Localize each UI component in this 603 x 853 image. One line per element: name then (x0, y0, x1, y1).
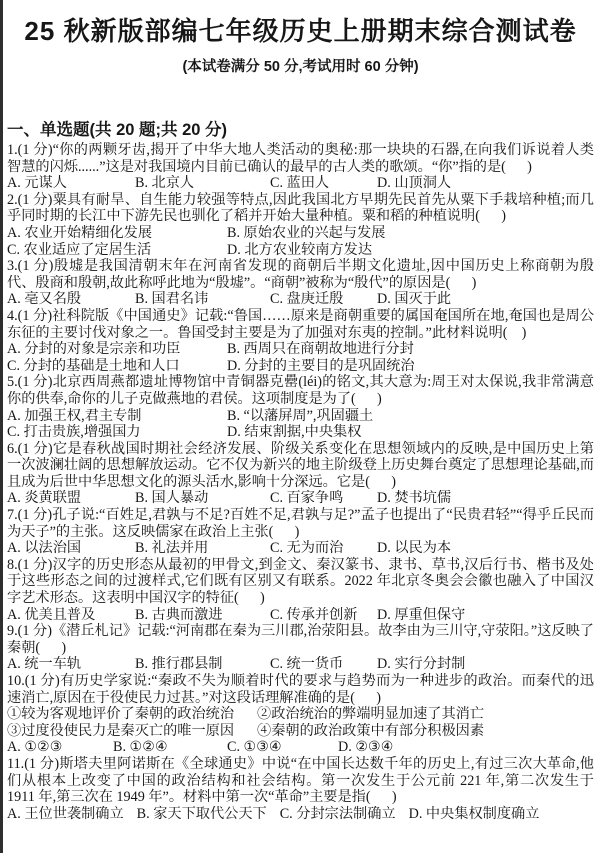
question-stem: 10.(1 分)有历史学家说:“秦政不失为顺着时代的要求与趋势而为一种进步的政治… (7, 673, 594, 706)
option-b: B. 北京人 (135, 175, 270, 192)
option-c: C. 无为而治 (270, 540, 377, 557)
statement-group: ①较为客观地评价了秦朝的政治统治 ②政治统治的弊端明显加速了其消亡 ③过度役使民… (7, 706, 594, 739)
option-a: A. 农业开始精细化发展 (7, 225, 227, 242)
question-options: A. 炎黄联盟 B. 国人暴动 C. 百家争鸣 D. 焚书坑儒 (7, 490, 594, 507)
question-7: 7.(1 分)孔子说:“百姓足,君孰与不足?百姓不足,君孰与足?”孟子也提出了“… (7, 507, 594, 557)
option-b: B. 西周只在商朝故地进行分封 (227, 341, 594, 358)
option-a: A. 亳又名殷 (7, 291, 135, 308)
question-list: 1.(1 分)“你的两颗牙齿,揭开了中华大地人类活动的奥秘:那一块块的石器,在向… (7, 142, 594, 822)
option-d: D. 实行分封制 (377, 656, 594, 673)
section-heading: 一、单选题(共 20 题;共 20 分) (7, 120, 594, 140)
option-b: B. 国人暴动 (135, 490, 270, 507)
option-d: D. 厚重但保守 (377, 607, 594, 624)
question-options: A. 加强王权,君主专制 B. “以藩屏周”,巩固疆土 C. 打击贵族,增强国力… (7, 408, 594, 441)
option-a: A. 加强王权,君主专制 (7, 408, 227, 425)
question-options: A. 优美且普及 B. 古典而激进 C. 传承并创新 D. 厚重但保守 (7, 607, 594, 624)
question-stem: 1.(1 分)“你的两颗牙齿,揭开了中华大地人类活动的奥秘:那一块块的石器,在向… (7, 142, 594, 175)
question-2: 2.(1 分)粟具有耐旱、自生能力较强等特点,因此我国北方早期先民首先从粟下手栽… (7, 192, 594, 258)
question-9: 9.(1 分)《潜丘札记》记载:“河南郡在秦为三川郡,治荥阳县。故李由为三川守,… (7, 623, 594, 673)
question-11: 11.(1 分)斯塔夫里阿诺斯在《全球通史》中说“在中国长达数千年的历史上,有过… (7, 756, 594, 822)
option-d: D. ②③④ (338, 739, 594, 756)
question-6: 6.(1 分)它是春秋战国时期社会经济发展、阶级关系变化在思想领域内的反映,是中… (7, 441, 594, 507)
option-c: C. 打击贵族,增强国力 (7, 424, 227, 441)
option-c: C. 分封的基础是土地和人口 (7, 358, 227, 375)
option-c: C. 盘庚迁殷 (270, 291, 377, 308)
option-a: A. 元谋人 (7, 175, 135, 192)
option-a: A. ①②③ (7, 739, 113, 756)
option-a: A. 分封的对象是宗亲和功臣 (7, 341, 227, 358)
page-title: 25 秋新版部编七年级历史上册期末综合测试卷 (7, 14, 594, 48)
question-4: 4.(1 分)社科院版《中国通史》记载:“鲁国……原来是商朝重要的属国奄国所在地… (7, 308, 594, 374)
option-c: C. 农业适应了定居生活 (7, 242, 227, 259)
option-b: B. 推行郡县制 (135, 656, 270, 673)
question-stem: 11.(1 分)斯塔夫里阿诺斯在《全球通史》中说“在中国长达数千年的历史上,有过… (7, 756, 594, 806)
option-a: A. 统一车轨 (7, 656, 135, 673)
question-options: A. 以法治国 B. 礼法并用 C. 无为而治 D. 以民为本 (7, 540, 594, 557)
question-stem: 9.(1 分)《潜丘札记》记载:“河南郡在秦为三川郡,治荥阳县。故李由为三川守,… (7, 623, 594, 656)
option-a: A. 以法治国 (7, 540, 135, 557)
question-5: 5.(1 分)北京西周燕都遗址博物馆中青铜器克罍(léi)的铭文,其大意为:周王… (7, 374, 594, 440)
option-d: D. 中央集权制度确立 (409, 806, 540, 823)
question-stem: 5.(1 分)北京西周燕都遗址博物馆中青铜器克罍(léi)的铭文,其大意为:周王… (7, 374, 594, 407)
option-a: A. 王位世袭制确立 (7, 806, 124, 823)
option-d: D. 分封的主要目的是巩固统治 (227, 358, 594, 375)
question-1: 1.(1 分)“你的两颗牙齿,揭开了中华大地人类活动的奥秘:那一块块的石器,在向… (7, 142, 594, 192)
option-b: B. 古典而激进 (135, 607, 270, 624)
option-c: C. 传承并创新 (270, 607, 377, 624)
question-options: A. ①②③ B. ①②④ C. ①③④ D. ②③④ (7, 739, 594, 756)
statement-1: ①较为客观地评价了秦朝的政治统治 (7, 706, 257, 723)
option-c: C. 百家争鸣 (270, 490, 377, 507)
question-stem: 2.(1 分)粟具有耐旱、自生能力较强等特点,因此我国北方早期先民首先从粟下手栽… (7, 192, 594, 225)
option-b: B. “以藩屏周”,巩固疆土 (227, 408, 594, 425)
option-d: D. 结束割据,中央集权 (227, 424, 594, 441)
option-d: D. 焚书坑儒 (377, 490, 594, 507)
question-10: 10.(1 分)有历史学家说:“秦政不失为顺着时代的要求与趋势而为一种进步的政治… (7, 673, 594, 756)
question-stem: 6.(1 分)它是春秋战国时期社会经济发展、阶级关系变化在思想领域内的反映,是中… (7, 441, 594, 491)
question-options: A. 亳又名殷 B. 国君名讳 C. 盘庚迁殷 D. 国灭于此 (7, 291, 594, 308)
statement-2: ②政治统治的弊端明显加速了其消亡 (257, 706, 594, 723)
statement-4: ④秦朝的政治政策中有部分积极因素 (257, 723, 594, 740)
question-stem: 4.(1 分)社科院版《中国通史》记载:“鲁国……原来是商朝重要的属国奄国所在地… (7, 308, 594, 341)
option-a: A. 优美且普及 (7, 607, 135, 624)
statement-3: ③过度役使民力是秦灭亡的唯一原因 (7, 723, 257, 740)
question-stem: 3.(1 分)殷墟是我国清朝末年在河南省发现的商朝后半期文化遗址,因中国历史上称… (7, 258, 594, 291)
option-b: B. ①②④ (113, 739, 227, 756)
option-d: D. 北方农业较南方发达 (227, 242, 594, 259)
option-a: A. 炎黄联盟 (7, 490, 135, 507)
question-options: A. 元谋人 B. 北京人 C. 蓝田人 D. 山顶洞人 (7, 175, 594, 192)
option-c: C. ①③④ (227, 739, 338, 756)
option-b: B. 原始农业的兴起与发展 (227, 225, 594, 242)
question-options: A. 农业开始精细化发展 B. 原始农业的兴起与发展 C. 农业适应了定居生活 … (7, 225, 594, 258)
option-c: C. 蓝田人 (270, 175, 377, 192)
option-b: B. 礼法并用 (135, 540, 270, 557)
question-options: A. 统一车轨 B. 推行郡县制 C. 统一货币 D. 实行分封制 (7, 656, 594, 673)
option-b: B. 国君名讳 (135, 291, 270, 308)
question-options: A. 王位世袭制确立 B. 家天下取代公天下 C. 分封宗法制确立 D. 中央集… (7, 806, 594, 823)
option-c: C. 分封宗法制确立 (280, 806, 396, 823)
exam-info: (本试卷满分 50 分,考试用时 60 分钟) (7, 58, 594, 76)
page-scan-edge (0, 0, 3, 853)
option-d: D. 山顶洞人 (377, 175, 594, 192)
question-stem: 8.(1 分)汉字的历史形态从最初的甲骨文,到金文、秦汉篆书、隶书、草书,汉后行… (7, 557, 594, 607)
question-8: 8.(1 分)汉字的历史形态从最初的甲骨文,到金文、秦汉篆书、隶书、草书,汉后行… (7, 557, 594, 623)
exam-paper: 25 秋新版部编七年级历史上册期末综合测试卷 (本试卷满分 50 分,考试用时 … (0, 0, 603, 822)
question-3: 3.(1 分)殷墟是我国清朝末年在河南省发现的商朝后半期文化遗址,因中国历史上称… (7, 258, 594, 308)
question-stem: 7.(1 分)孔子说:“百姓足,君孰与不足?百姓不足,君孰与足?”孟子也提出了“… (7, 507, 594, 540)
question-options: A. 分封的对象是宗亲和功臣 B. 西周只在商朝故地进行分封 C. 分封的基础是… (7, 341, 594, 374)
option-d: D. 以民为本 (377, 540, 594, 557)
option-d: D. 国灭于此 (377, 291, 594, 308)
option-c: C. 统一货币 (270, 656, 377, 673)
option-b: B. 家天下取代公天下 (137, 806, 267, 823)
